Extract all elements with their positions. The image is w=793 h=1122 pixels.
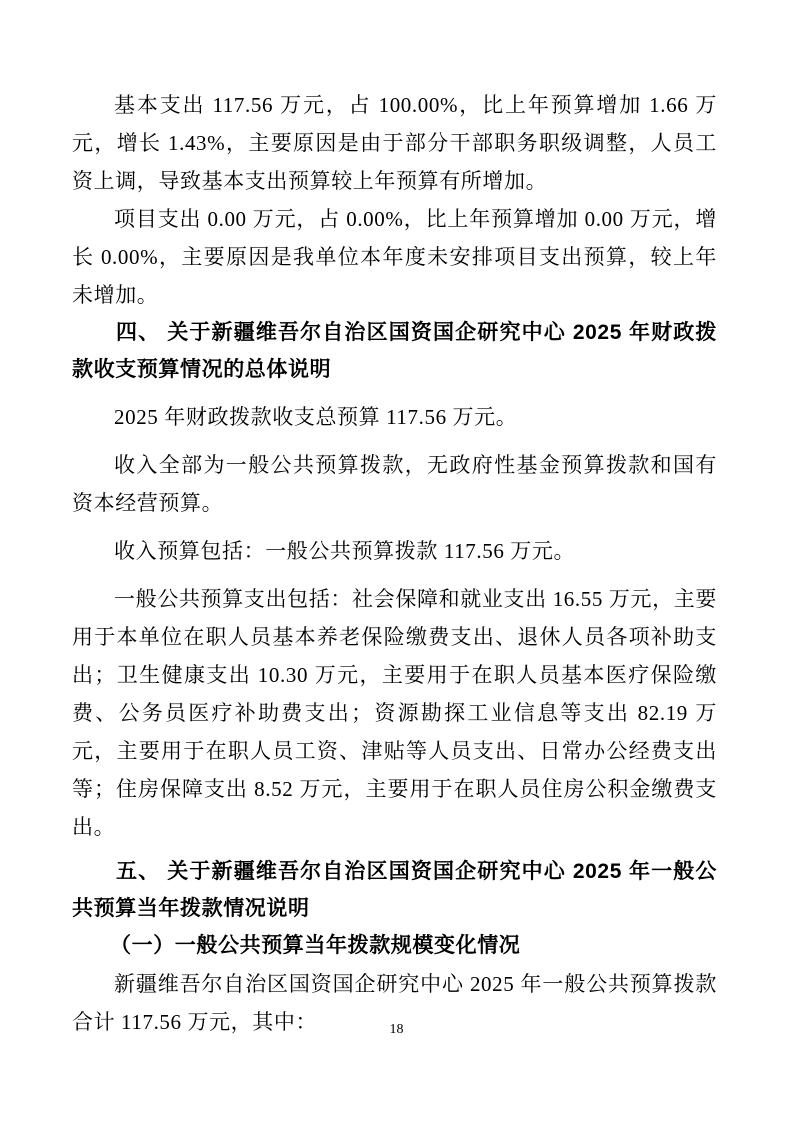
paragraph-income-budget: 收入预算包括：一般公共预算拨款 117.56 万元。 xyxy=(72,532,717,570)
subsection-heading-1: （一）一般公共预算当年拨款规模变化情况 xyxy=(72,927,717,965)
page-number: 18 xyxy=(0,1022,793,1038)
paragraph-total-budget: 2025 年财政拨款收支总预算 117.56 万元。 xyxy=(72,398,717,436)
paragraph-expenditure-breakdown: 一般公共预算支出包括：社会保障和就业支出 16.55 万元，主要用于本单位在职人… xyxy=(72,580,717,846)
paragraph-basic-expenditure: 基本支出 117.56 万元，占 100.00%，比上年预算增加 1.66 万元… xyxy=(72,86,717,200)
paragraph-project-expenditure: 项目支出 0.00 万元，占 0.00%，比上年预算增加 0.00 万元，增长 … xyxy=(72,200,717,314)
paragraph-income-source: 收入全部为一般公共预算拨款，无政府性基金预算拨款和国有资本经营预算。 xyxy=(72,446,717,522)
section-heading-4: 四、 关于新疆维吾尔自治区国资国企研究中心 2025 年财政拨款收支预算情况的总… xyxy=(72,314,717,388)
section-heading-5: 五、 关于新疆维吾尔自治区国资国企研究中心 2025 年一般公共预算当年拨款情况… xyxy=(72,853,717,927)
document-page: 基本支出 117.56 万元，占 100.00%，比上年预算增加 1.66 万元… xyxy=(0,0,793,1122)
